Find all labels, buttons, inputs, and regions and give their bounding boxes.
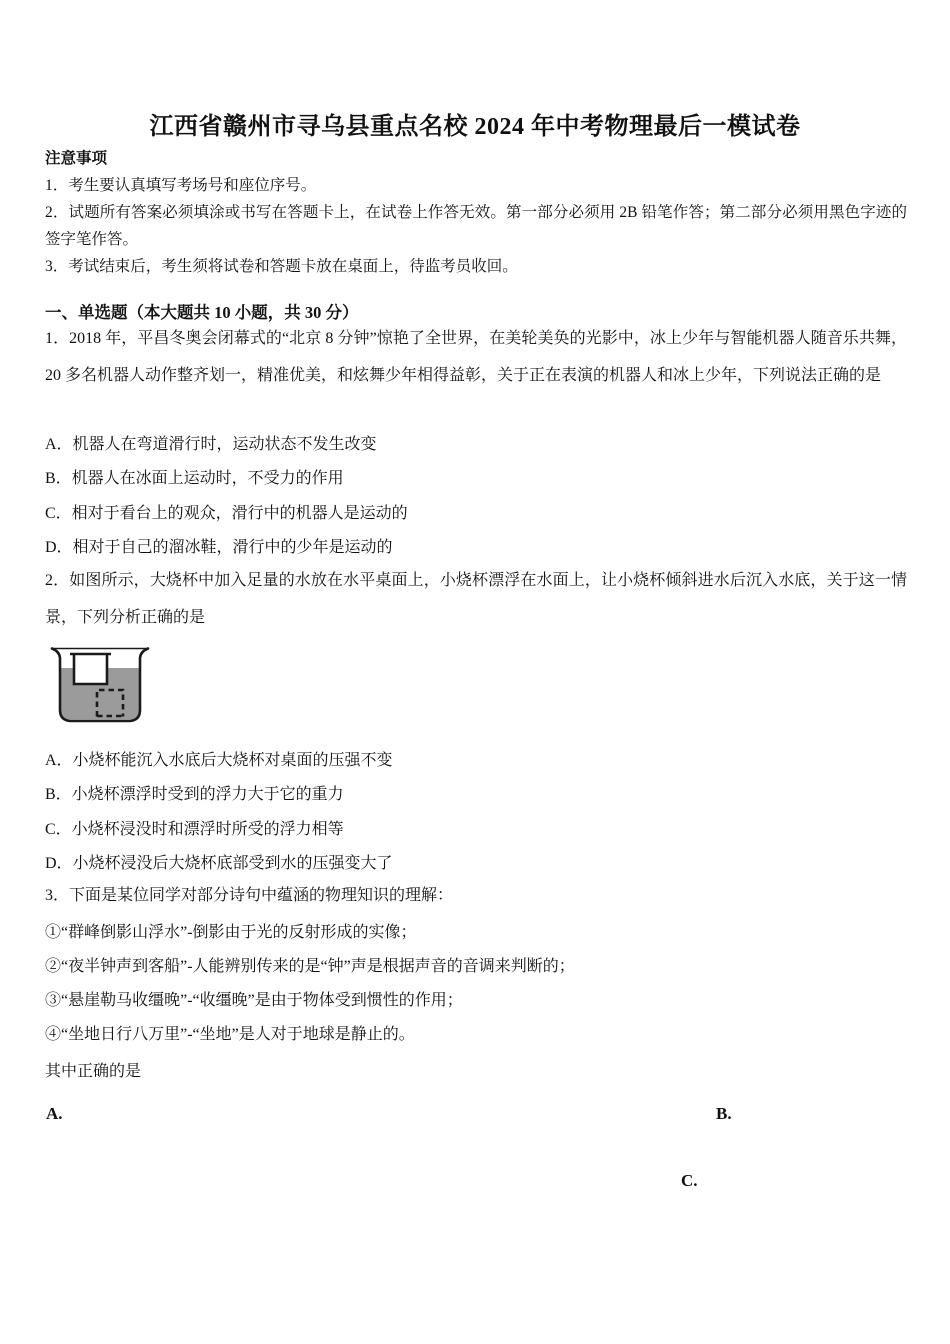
sub-item-4: ④“坐地日行八万里”-“坐地”是人对于地球是静止的。 xyxy=(45,1018,907,1052)
answer-choice-b-label: B. xyxy=(716,1104,732,1124)
notice-section: 注意事项 1．考生要认真填写考场号和座位序号。 2．试题所有答案必须填涂或书写在… xyxy=(45,145,907,280)
option-d: D．相对于自己的溜冰鞋，滑行中的少年是运动的 xyxy=(45,531,907,565)
option-c: C．小烧杯浸没时和漂浮时所受的浮力相等 xyxy=(45,813,907,847)
sub-item-2: ②“夜半钟声到客船”-人能辨别传来的是“钟”声是根据声音的音调来判断的； xyxy=(45,950,907,984)
option-b: B．机器人在冰面上运动时，不受力的作用 xyxy=(45,462,907,496)
option-a: A．机器人在弯道滑行时，运动状态不发生改变 xyxy=(45,428,907,462)
answer-choice-a-label: A. xyxy=(46,1104,63,1124)
exam-page: 江西省赣州市寻乌县重点名校 2024 年中考物理最后一模试卷 注意事项 1．考生… xyxy=(0,0,950,1344)
notice-heading: 注意事项 xyxy=(45,145,907,172)
question-3-stem: 3．下面是某位同学对部分诗句中蕴涵的物理知识的理解： xyxy=(45,886,907,906)
beaker-diagram-svg xyxy=(50,645,150,729)
small-beaker-body xyxy=(74,654,107,684)
notice-item: 3．考试结束后，考生须将试卷和答题卡放在桌面上，待监考员收回。 xyxy=(45,253,907,280)
option-b: B．小烧杯漂浮时受到的浮力大于它的重力 xyxy=(45,778,907,812)
answer-choice-c-label: C. xyxy=(681,1171,698,1191)
option-d: D．小烧杯浸没后大烧杯底部受到水的压强变大了 xyxy=(45,847,907,881)
question-1-stem: 1．2018 年，平昌冬奥会闭幕式的“北京 8 分钟”惊艳了全世界，在美轮美奂的… xyxy=(45,320,907,394)
sub-item-3: ③“悬崖勒马收缰晚”-“收缰晚”是由于物体受到惯性的作用； xyxy=(45,984,907,1018)
beaker-figure xyxy=(50,645,150,729)
page-title: 江西省赣州市寻乌县重点名校 2024 年中考物理最后一模试卷 xyxy=(0,106,950,141)
option-a: A．小烧杯能沉入水底后大烧杯对桌面的压强不变 xyxy=(45,744,907,778)
notice-item: 2．试题所有答案必须填涂或书写在答题卡上，在试卷上作答无效。第一部分必须用 2B… xyxy=(45,199,907,253)
question-2-stem: 2．如图所示，大烧杯中加入足量的水放在水平桌面上，小烧杯漂浮在水面上，让小烧杯倾… xyxy=(45,562,907,636)
question-1-options: A．机器人在弯道滑行时，运动状态不发生改变 B．机器人在冰面上运动时，不受力的作… xyxy=(45,428,907,566)
sub-item-1: ①“群峰倒影山浮水”-倒影由于光的反射形成的实像； xyxy=(45,916,907,950)
option-c: C．相对于看台上的观众，滑行中的机器人是运动的 xyxy=(45,497,907,531)
notice-item: 1．考生要认真填写考场号和座位序号。 xyxy=(45,172,907,199)
question-2-options: A．小烧杯能沉入水底后大烧杯对桌面的压强不变 B．小烧杯漂浮时受到的浮力大于它的… xyxy=(45,744,907,882)
question-3-prompt: 其中正确的是 xyxy=(45,1058,141,1081)
question-3-sub-items: ①“群峰倒影山浮水”-倒影由于光的反射形成的实像； ②“夜半钟声到客船”-人能辨… xyxy=(45,916,907,1052)
